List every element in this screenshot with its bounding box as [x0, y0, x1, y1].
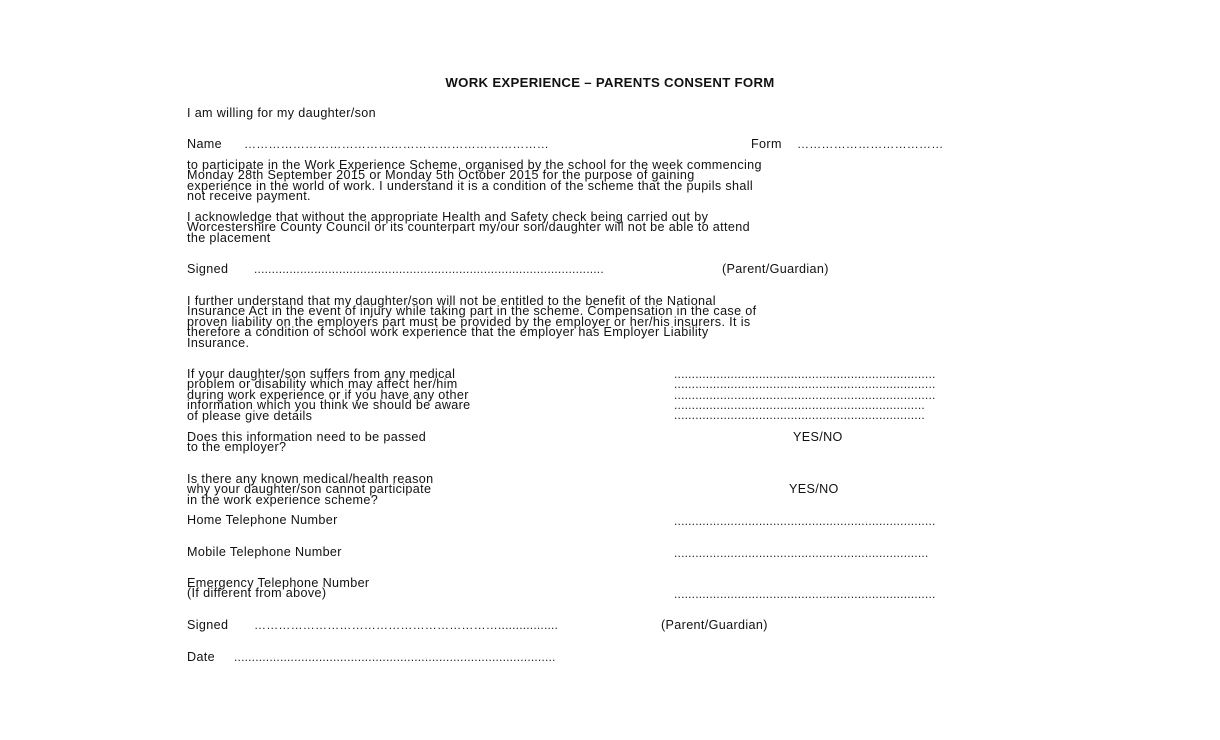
- emergency-phone-label: Emergency Telephone Number (If different…: [187, 578, 369, 599]
- medical-details-line-1[interactable]: ........................................…: [674, 369, 1034, 379]
- signed-label: Signed: [187, 264, 228, 274]
- signature-field[interactable]: ........................................…: [254, 264, 722, 274]
- parent-guardian-label: (Parent/Guardian): [722, 264, 829, 274]
- pass-to-employer-question: Does this information need to be passed …: [187, 432, 426, 453]
- home-phone-field[interactable]: ........................................…: [674, 516, 1034, 526]
- medical-details-line-3[interactable]: ........................................…: [674, 390, 1034, 400]
- home-phone-label: Home Telephone Number: [187, 515, 338, 525]
- insurance-paragraph: I further understand that my daughter/so…: [187, 296, 757, 348]
- date-label: Date: [187, 652, 215, 662]
- pass-to-employer-answer[interactable]: YES/NO: [793, 432, 843, 442]
- mobile-phone-label: Mobile Telephone Number: [187, 547, 342, 557]
- medical-details-line-2[interactable]: ........................................…: [674, 379, 1034, 389]
- parent-guardian-label-2: (Parent/Guardian): [661, 620, 768, 630]
- mobile-phone-field[interactable]: ........................................…: [674, 548, 1028, 558]
- medical-reason-question: Is there any known medical/health reason…: [187, 474, 433, 505]
- health-safety-paragraph: I acknowledge that without the appropria…: [187, 212, 750, 243]
- name-label: Name: [187, 139, 222, 149]
- participation-paragraph: to participate in the Work Experience Sc…: [187, 160, 762, 202]
- medical-details-line-5[interactable]: ........................................…: [674, 410, 1022, 420]
- signed-label-2: Signed: [187, 620, 228, 630]
- form-label: Form: [751, 139, 782, 149]
- emergency-phone-field[interactable]: ........................................…: [674, 589, 1034, 599]
- date-field[interactable]: ........................................…: [234, 652, 648, 662]
- name-field[interactable]: …………………………………………………………………: [244, 139, 674, 149]
- signature-field-2[interactable]: …………………………………………………….................: [254, 620, 652, 630]
- intro-text: I am willing for my daughter/son: [187, 108, 376, 118]
- form-field[interactable]: ………………………………: [797, 139, 980, 149]
- medical-reason-answer[interactable]: YES/NO: [789, 484, 839, 494]
- form-title: WORK EXPERIENCE – PARENTS CONSENT FORM: [0, 75, 1220, 90]
- medical-question: If your daughter/son suffers from any me…: [187, 369, 471, 421]
- medical-details-line-4[interactable]: ........................................…: [674, 400, 1022, 410]
- consent-form-page: WORK EXPERIENCE – PARENTS CONSENT FORM I…: [0, 0, 1220, 740]
